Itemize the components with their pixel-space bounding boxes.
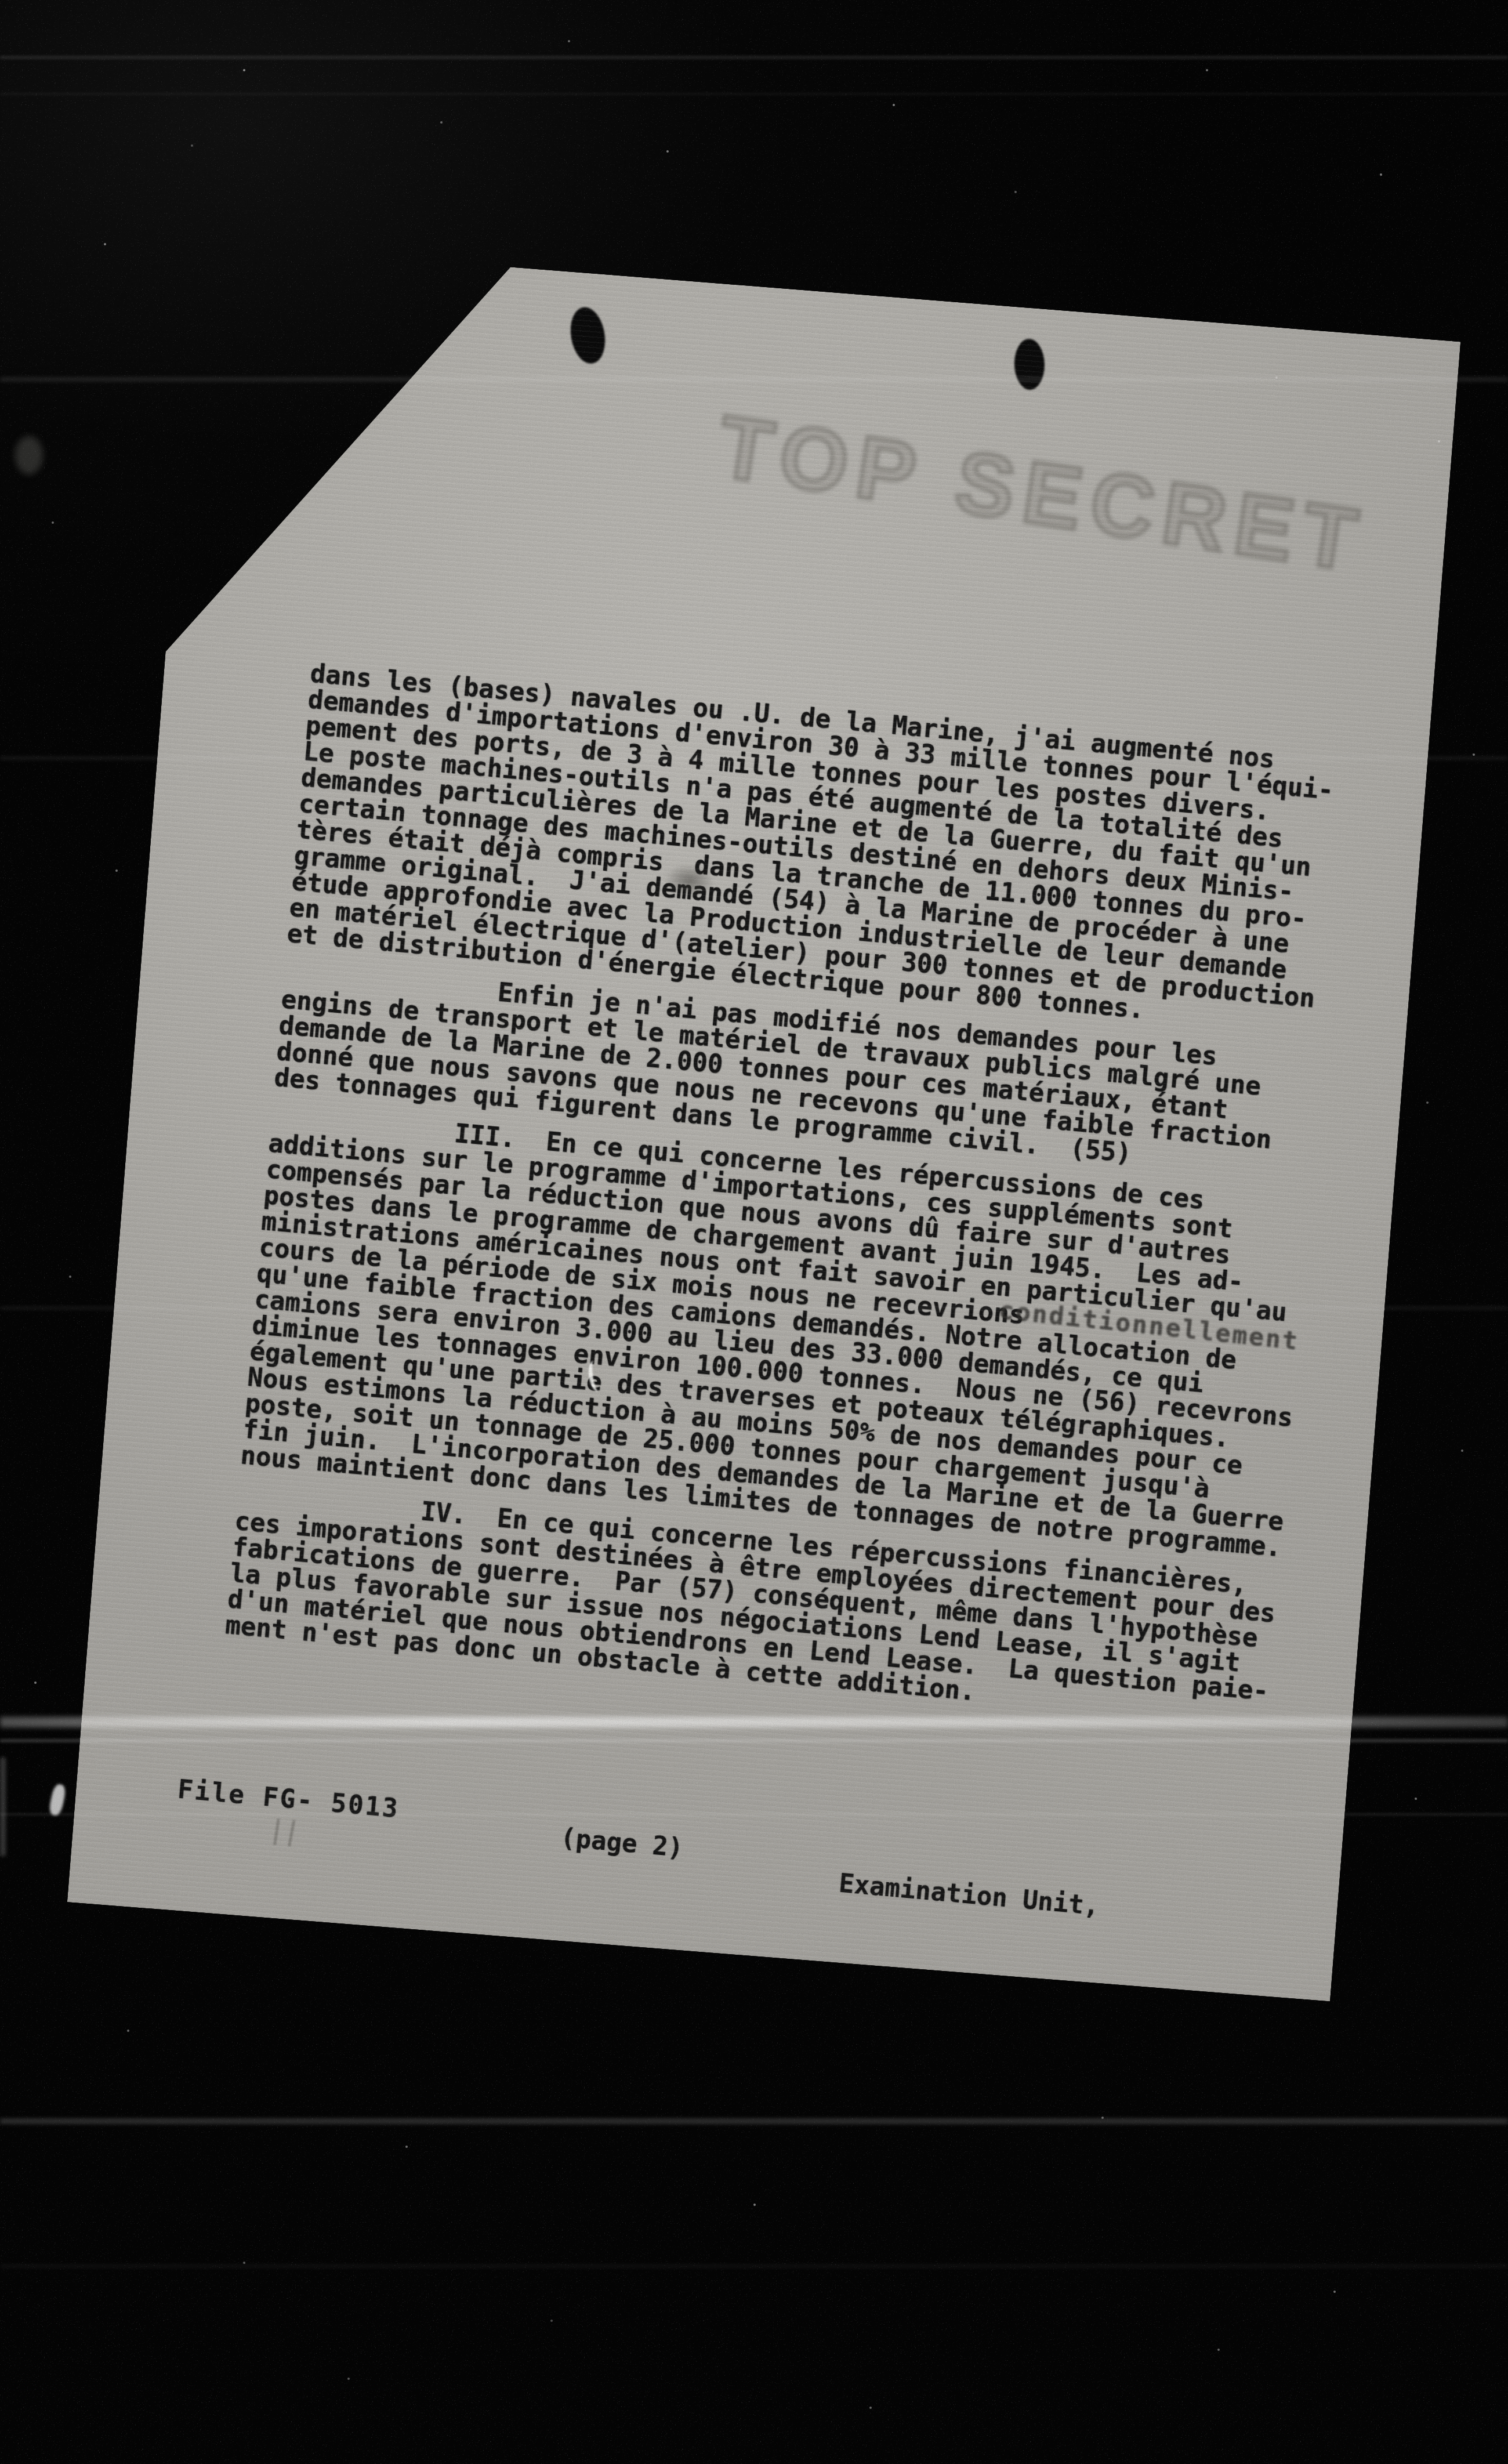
scan-streak	[0, 93, 1508, 95]
document-page: TOP SECRET dans les (bases) navales ou .…	[67, 242, 1460, 2002]
document-footer: File FG- 5013 (page 2) Examination Unit,	[172, 1776, 1335, 1954]
film-edge-mark	[48, 1783, 67, 1816]
film-edge-smudge	[15, 436, 43, 474]
pencil-stroke	[273, 1818, 280, 1845]
punch-hole-left	[567, 305, 609, 366]
microfilm-frame: TOP SECRET dans les (bases) navales ou .…	[0, 0, 1508, 2464]
pencil-marks	[269, 1818, 306, 1850]
scan-streak	[0, 56, 1508, 59]
file-number: File FG- 5013	[176, 1776, 400, 1824]
punch-hole-right	[1014, 338, 1045, 390]
document-body: dans les (bases) navales ou .U. de la Ma…	[223, 661, 1421, 1751]
dust-specks	[0, 0, 1, 1]
film-edge-light	[0, 1758, 6, 1856]
page-number: (page 2)	[559, 1824, 684, 1863]
scan-streak	[0, 2118, 1508, 2124]
examination-unit-label: Examination Unit,	[838, 1870, 1100, 1921]
pencil-stroke	[288, 1820, 295, 1846]
scan-streak	[0, 2264, 1508, 2268]
top-secret-stamp: TOP SECRET	[712, 396, 1372, 592]
